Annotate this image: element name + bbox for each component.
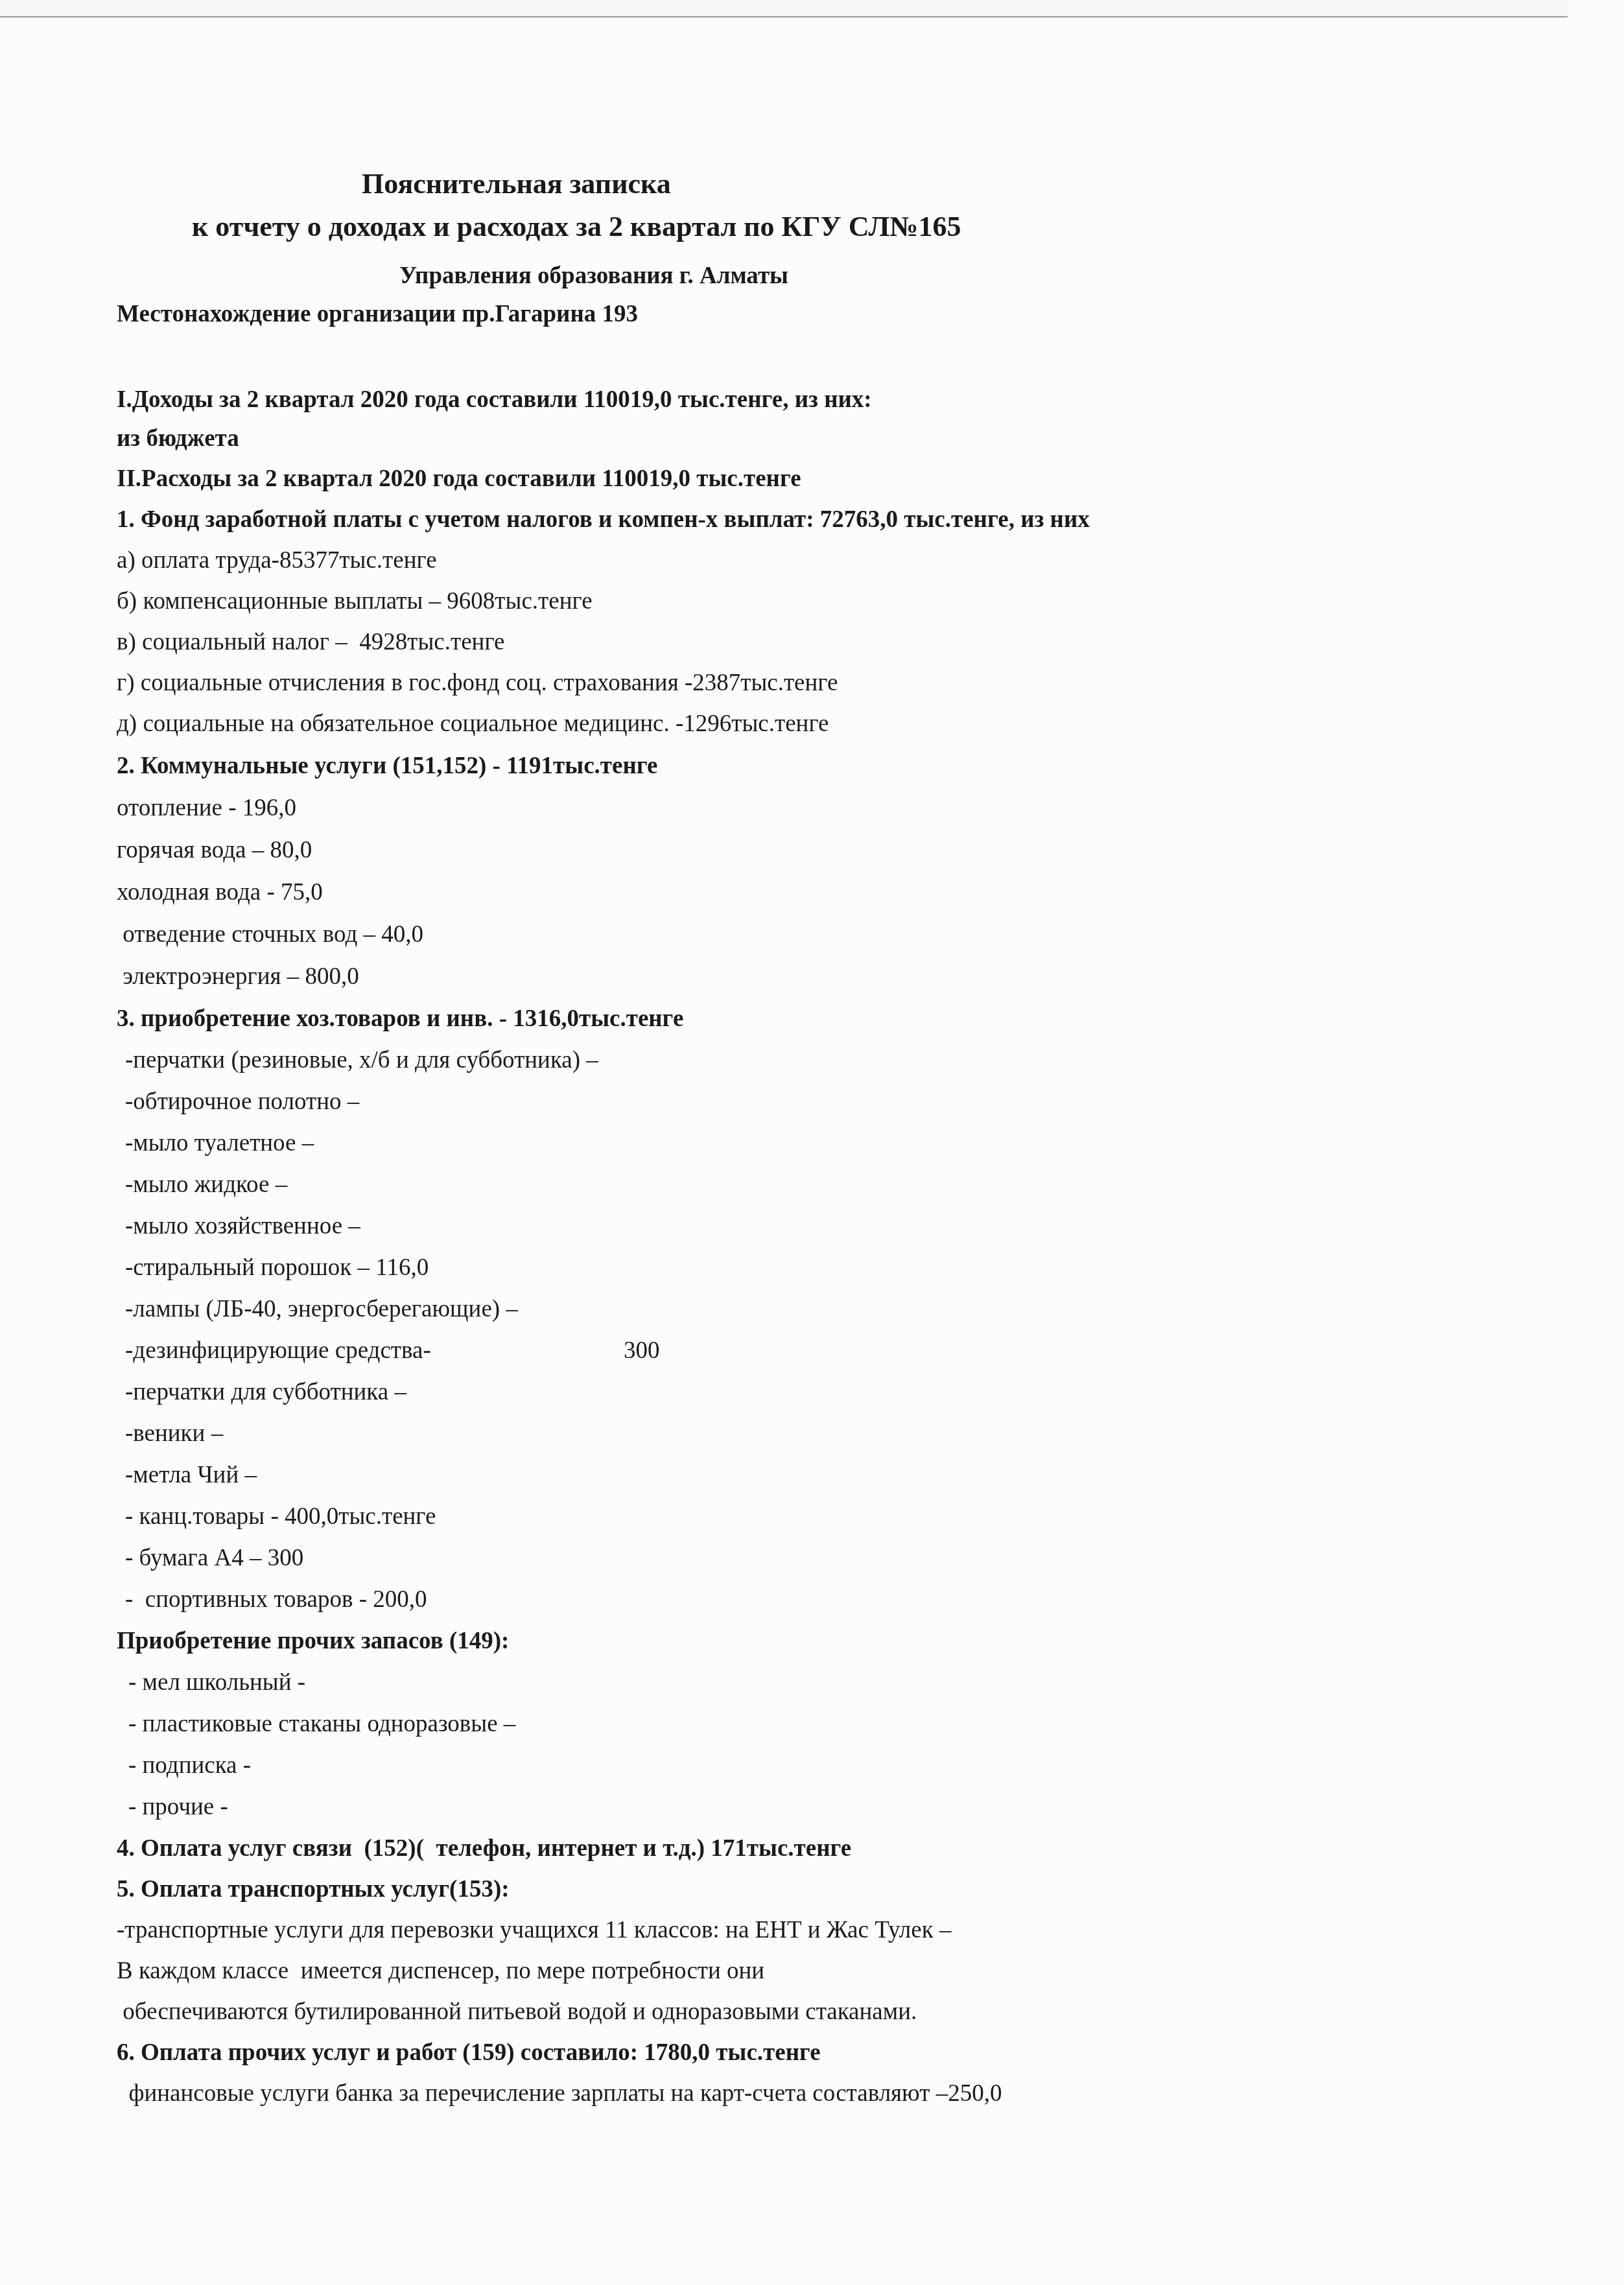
- department-name: Управления образования г. Алматы: [399, 262, 788, 290]
- payroll-item: г) социальные отчисления в гос.фонд соц.…: [117, 669, 838, 697]
- supplies-item: -обтирочное полотно –: [125, 1088, 359, 1116]
- utilities-item: электроэнергия – 800,0: [117, 963, 359, 991]
- utilities-heading: 2. Коммунальные услуги (151,152) - 1191т…: [117, 752, 658, 780]
- supplies-item: - спортивных товаров - 200,0: [125, 1586, 427, 1614]
- supplies-item: -лампы (ЛБ-40, энергосберегающие) –: [125, 1295, 518, 1324]
- communication-heading: 4. Оплата услуг связи (152)( телефон, ин…: [117, 1834, 851, 1863]
- disinfectant-amount: 300: [624, 1337, 660, 1365]
- page-title: Пояснительная записка: [362, 170, 671, 198]
- income-total: I.Доходы за 2 квартал 2020 года составил…: [117, 386, 872, 414]
- transport-note: обеспечиваются бутилированной питьевой в…: [117, 1998, 917, 2026]
- other-stock-item: - прочие -: [128, 1793, 228, 1822]
- utilities-item: отведение сточных вод – 40,0: [117, 920, 423, 949]
- supplies-item: -мыло туалетное –: [125, 1129, 314, 1158]
- other-stock-item: - подписка -: [128, 1752, 251, 1780]
- other-stock-heading: Приобретение прочих запасов (149):: [117, 1627, 509, 1656]
- other-stock-item: - пластиковые стаканы одноразовые –: [128, 1710, 515, 1739]
- transport-heading: 5. Оплата транспортных услуг(153):: [117, 1875, 510, 1904]
- other-services-heading: 6. Оплата прочих услуг и работ (159) сос…: [117, 2039, 821, 2067]
- scan-margin: [1568, 0, 1624, 2285]
- income-source: из бюджета: [117, 425, 239, 453]
- supplies-item: -мыло хозяйственное –: [125, 1212, 360, 1241]
- utilities-item: отопление - 196,0: [117, 794, 296, 823]
- supplies-item: -метла Чий –: [125, 1461, 257, 1490]
- supplies-heading: 3. приобретение хоз.товаров и инв. - 131…: [117, 1005, 683, 1033]
- payroll-item: в) социальный налог – 4928тыс.тенге: [117, 628, 505, 657]
- expenses-total: II.Расходы за 2 квартал 2020 года состав…: [117, 465, 801, 493]
- payroll-item: б) компенсационные выплаты – 9608тыс.тен…: [117, 587, 593, 616]
- supplies-item: -веники –: [125, 1420, 223, 1448]
- supplies-item: -перчатки для субботника –: [125, 1378, 406, 1407]
- supplies-item: - бумага А4 – 300: [125, 1544, 303, 1573]
- supplies-item: -мыло жидкое –: [125, 1171, 287, 1199]
- payroll-item: д) социальные на обязательное социальное…: [117, 710, 829, 738]
- other-stock-item: - мел школьный -: [128, 1669, 305, 1697]
- supplies-item: - канц.товары - 400,0тыс.тенге: [125, 1503, 436, 1531]
- utilities-item: холодная вода - 75,0: [117, 878, 323, 907]
- payroll-heading: 1. Фонд заработной платы с учетом налого…: [117, 506, 1090, 534]
- organization-location: Местонахождение организации пр.Гагарина …: [117, 300, 638, 329]
- supplies-item: -дезинфицирующие средства-: [125, 1337, 431, 1365]
- payroll-item: а) оплата труда-85377тыс.тенге: [117, 546, 437, 575]
- supplies-item: -перчатки (резиновые, х/б и для субботни…: [125, 1046, 598, 1075]
- transport-note: В каждом классе имеется диспенсер, по ме…: [117, 1957, 764, 1986]
- supplies-item: -стиральный порошок – 116,0: [125, 1254, 429, 1282]
- page-subtitle: к отчету о доходах и расходах за 2 кварт…: [192, 213, 961, 241]
- utilities-item: горячая вода – 80,0: [117, 836, 312, 865]
- other-services-item: финансовые услуги банка за перечисление …: [117, 2080, 1002, 2108]
- transport-item: -транспортные услуги для перевозки учащи…: [117, 1916, 951, 1945]
